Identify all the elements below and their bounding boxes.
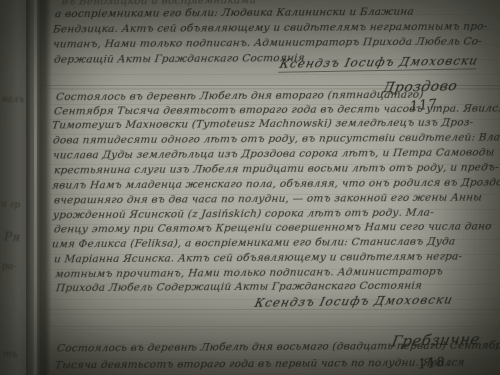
prev-act-line: читанъ, Нами только подписанъ. Администр… [52, 35, 482, 50]
prev-act-line: Бендзицка. Актъ сей объявляющему и свидѣ… [52, 20, 488, 35]
act-line: Состоялось въ деревнѣ Любелѣ дня восьмаг… [56, 339, 500, 354]
act-line: Прихода Любель Содержащій Акты Гражданск… [55, 280, 422, 295]
adjacent-fragment: и гр [1, 199, 21, 210]
act-line: имя Феликса (Feliksa), а воспріемниками … [51, 236, 455, 251]
adjacent-fragment: тъ [3, 350, 18, 361]
signature-text: Ксендзъ Іосифъ Дмоховски [278, 53, 480, 73]
paper-crease [40, 326, 500, 327]
adjacent-fragment: Ря [4, 230, 21, 245]
prev-act-line: держащій Акты Гражданскаго Состоянія [53, 52, 305, 66]
act-line: урожденной Ясинской (z Jasińskich) сорок… [52, 207, 434, 222]
act-line: Тимотеушъ Махновски (Tymoteusz Machnowsk… [51, 117, 474, 132]
act-line: числава Дуды земледѣльца изъ Дроздова со… [52, 146, 495, 161]
act-line: Состоялось въ деревнѣ Любелѣ дня втораго… [55, 89, 424, 104]
act-line: Тысяча девятьсотъ втораго года въ первый… [54, 357, 465, 372]
act-line: явилъ Намъ младенца женскаго пола, объяв… [51, 176, 500, 191]
adjacent-fragment: валъ [2, 95, 25, 106]
act-line: крестьянина слуги изъ Любеля тридцати во… [53, 161, 499, 176]
act-line: дова пятидесяти одного лѣтъ отъ роду, въ… [52, 131, 500, 146]
act-line: денцу этому при Святомъ Крещеніи соверше… [53, 220, 492, 235]
act-line: и Маріанна Ясинска. Актъ сей объявляющем… [53, 251, 462, 266]
act-line: вчерашняго дня въ два часа по полудни, —… [53, 192, 482, 207]
priest-signature: Ксендзъ Іосифъ Дмоховски [253, 292, 454, 310]
adjacent-fragment: ра- [2, 262, 17, 272]
gutter-highlight [34, 0, 37, 375]
document-photo: валъ Ря ра- и гр тъ въ Бендзицкой и восп… [0, 0, 500, 375]
book-gutter [26, 0, 52, 375]
act-line: Сентября Тысяча девятьсотъ втораго года … [53, 102, 500, 117]
priest-signature: Ксендзъ Іосифъ Дмоховски [278, 53, 479, 71]
prev-act-line: а воспріемниками его были: Людвика Калин… [54, 6, 414, 21]
act-line: мотнымъ прочитанъ, Нами только подписанъ… [54, 266, 443, 281]
